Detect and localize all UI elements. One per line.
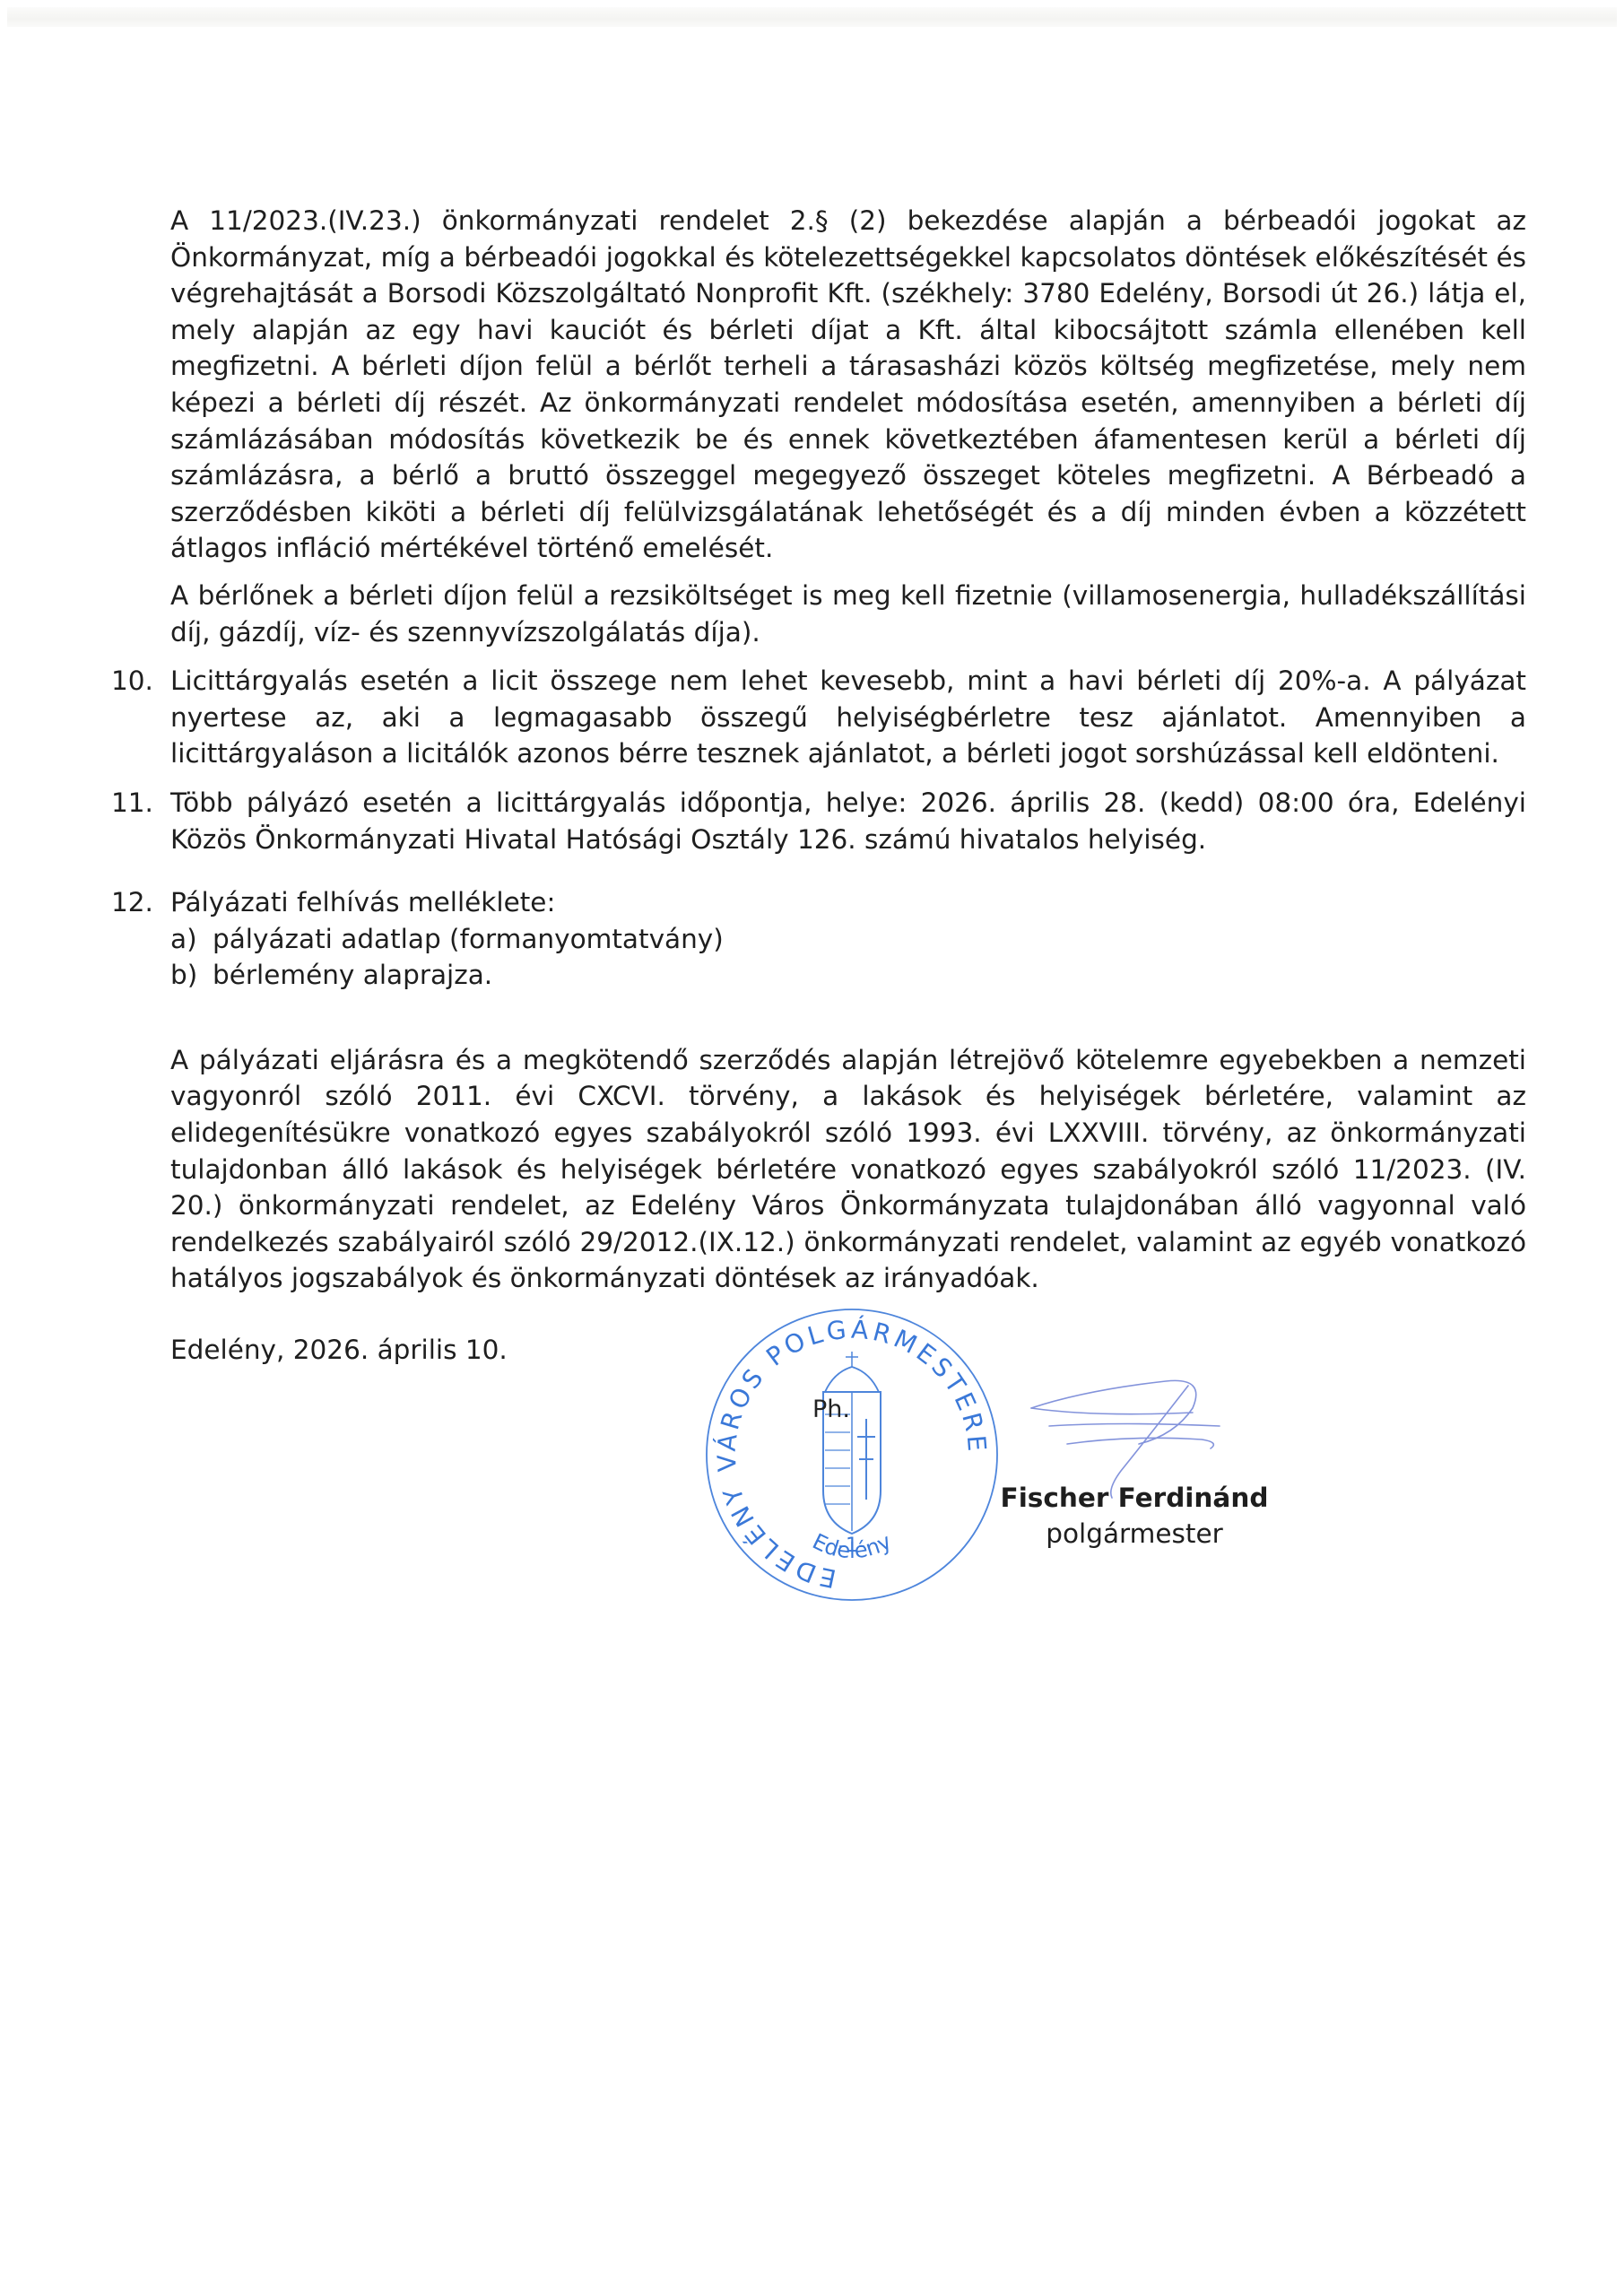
intro-paragraph: A 11/2023.(IV.23.) önkormányzati rendele… bbox=[170, 203, 1526, 567]
document-body: A 11/2023.(IV.23.) önkormányzati rendele… bbox=[170, 203, 1526, 1297]
attachment-item: a) pályázati adatlap (formanyomtatvány) bbox=[170, 921, 1526, 958]
attachment-label: a) bbox=[170, 921, 197, 958]
list-item-12: 12. Pályázati felhívás melléklete: a) pá… bbox=[111, 884, 1526, 994]
closing-paragraph: A pályázati eljárásra és a megkötendő sz… bbox=[170, 1042, 1526, 1297]
item-text: Több pályázó esetén a licittárgyalás idő… bbox=[170, 787, 1526, 855]
list-item-11: 11. Több pályázó esetén a licittárgyalás… bbox=[111, 785, 1526, 857]
signatory-block: Fischer Ferdinánd polgármester bbox=[995, 1480, 1273, 1552]
item-text: Licittárgyalás esetén a licit összege ne… bbox=[170, 665, 1526, 769]
attachment-text: pályázati adatlap (formanyomtatvány) bbox=[213, 924, 724, 954]
signatory-name: Fischer Ferdinánd bbox=[995, 1480, 1273, 1516]
utilities-paragraph: A bérlőnek a bérleti díjon felül a rezsi… bbox=[170, 578, 1526, 650]
ph-label: Ph. bbox=[812, 1396, 850, 1423]
signatory-title: polgármester bbox=[995, 1516, 1273, 1552]
item-number: 11. bbox=[111, 785, 153, 822]
attachment-item: b) bérlemény alaprajza. bbox=[170, 957, 1526, 994]
item-number: 10. bbox=[111, 663, 153, 700]
attachment-list: a) pályázati adatlap (formanyomtatvány) … bbox=[170, 921, 1526, 994]
list-item-10: 10. Licittárgyalás esetén a licit összeg… bbox=[111, 663, 1526, 772]
scan-edge-strip bbox=[7, 7, 1617, 27]
place-date: Edelény, 2026. április 10. bbox=[170, 1335, 508, 1365]
attachment-text: bérlemény alaprajza. bbox=[213, 960, 492, 990]
official-stamp: EDELÉNY VÁROS POLGÁRMESTERE -1- Edelény bbox=[699, 1302, 1004, 1607]
attachment-label: b) bbox=[170, 957, 197, 994]
item-text: Pályázati felhívás melléklete: bbox=[170, 887, 555, 918]
item-number: 12. bbox=[111, 884, 153, 921]
